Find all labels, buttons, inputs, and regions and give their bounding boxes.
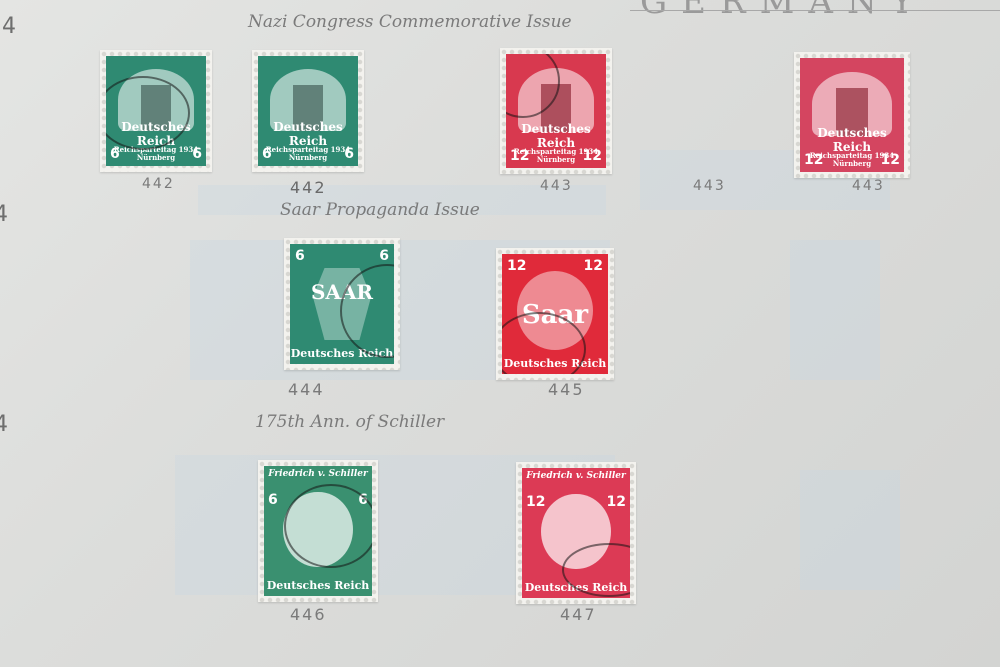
stamp-header: Friedrich v. Schiller bbox=[264, 469, 372, 479]
heading-rule bbox=[630, 10, 1000, 11]
catalog-number: 443 bbox=[540, 178, 573, 194]
section-caption: Saar Propaganda Issue bbox=[280, 200, 480, 220]
denomination: 12 bbox=[584, 258, 603, 274]
album-page: GERMANY 4 Nazi Congress Commemorative Is… bbox=[0, 0, 1000, 667]
stamp: Deutsches Reich Reichsparteitag 1934 Nür… bbox=[794, 52, 910, 178]
denomination: 6 bbox=[192, 146, 202, 162]
denomination: 6 bbox=[262, 146, 272, 162]
denomination: 6 bbox=[110, 146, 120, 162]
catalog-number-empty-slot: 443 bbox=[693, 178, 726, 194]
denomination: 12 bbox=[583, 148, 602, 164]
denomination: 12 bbox=[881, 152, 900, 168]
mount-strip bbox=[790, 240, 880, 380]
stamp-subtitle: Reichsparteitag 1934 Nürnberg bbox=[258, 146, 358, 162]
postmark bbox=[284, 484, 372, 568]
catalog-number: 447 bbox=[560, 605, 597, 624]
mount-strip bbox=[800, 470, 900, 590]
denomination: 12 bbox=[526, 494, 545, 510]
denomination: 12 bbox=[510, 148, 529, 164]
stamp-header: Friedrich v. Schiller bbox=[522, 471, 630, 481]
stamp-inscription: Deutsches Reich bbox=[800, 126, 904, 154]
margin-mark: 4 bbox=[0, 202, 8, 227]
denomination: 6 bbox=[344, 146, 354, 162]
stamp: SAAR Deutsches Reich 6 6 bbox=[284, 238, 400, 370]
section-caption: Nazi Congress Commemorative Issue bbox=[248, 12, 572, 32]
stamp-inscription: Deutsches Reich bbox=[258, 120, 358, 148]
catalog-number: 442 bbox=[290, 178, 327, 197]
section-caption: 175th Ann. of Schiller bbox=[255, 412, 444, 432]
denomination: 6 bbox=[379, 248, 389, 264]
margin-mark: 4 bbox=[0, 412, 8, 437]
catalog-number: 444 bbox=[288, 380, 325, 399]
stamp: Deutsches Reich Reichsparteitag 1934 Nür… bbox=[252, 50, 364, 172]
denomination: 12 bbox=[804, 152, 823, 168]
stamp-inscription: Deutsches Reich bbox=[506, 122, 606, 150]
stamp: Friedrich v. Schiller Deutsches Reich 6 … bbox=[258, 460, 378, 602]
country-heading: GERMANY bbox=[640, 0, 927, 22]
catalog-number: 443 bbox=[852, 178, 885, 194]
stamp: Deutsches Reich Reichsparteitag 1934 Nür… bbox=[500, 48, 612, 174]
catalog-number: 442 bbox=[142, 176, 175, 192]
stamp: Saar Deutsches Reich 12 12 bbox=[496, 248, 614, 380]
catalog-number: 445 bbox=[548, 380, 585, 399]
stamp-inscription: Deutsches Reich bbox=[264, 579, 372, 592]
denomination: 6 bbox=[295, 248, 305, 264]
denomination: 12 bbox=[507, 258, 526, 274]
stamp: Deutsches Reich Reichsparteitag 1934 Nür… bbox=[100, 50, 212, 172]
margin-mark: 4 bbox=[2, 14, 16, 39]
catalog-number: 446 bbox=[290, 605, 327, 624]
denomination: 12 bbox=[607, 494, 626, 510]
denomination: 6 bbox=[268, 492, 278, 508]
stamp: Friedrich v. Schiller Deutsches Reich 12… bbox=[516, 462, 636, 604]
